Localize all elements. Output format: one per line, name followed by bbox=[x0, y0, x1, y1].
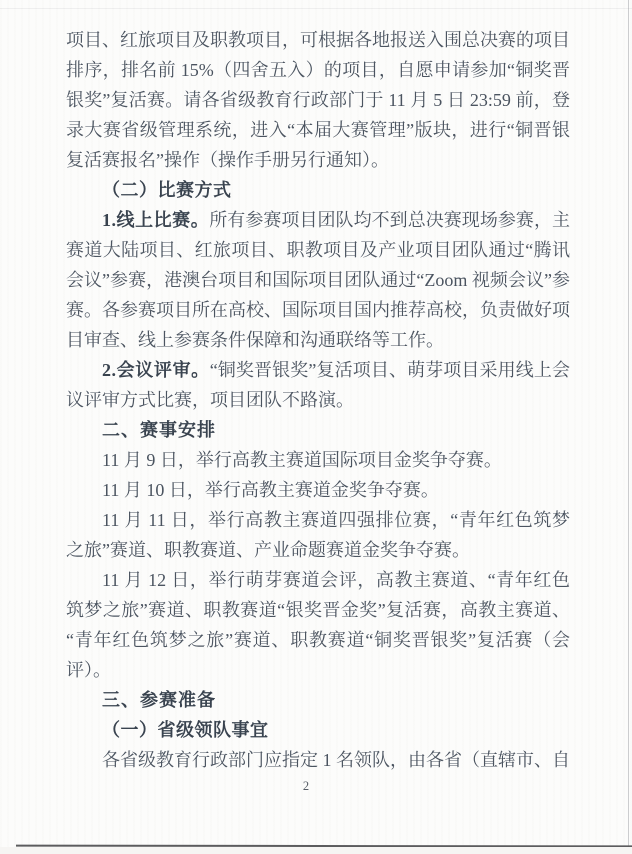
scan-below-strip bbox=[0, 847, 632, 854]
section-heading: 三、参赛准备 bbox=[66, 685, 570, 715]
document-body: 项目、红旅项目及职教项目，可根据各地报送入围总决赛的项目排序，排名前 15%（四… bbox=[66, 25, 570, 775]
page-number: 2 bbox=[303, 779, 309, 793]
scan-edge-line-top bbox=[0, 8, 632, 9]
paragraph: 11 月 9 日，举行高教主赛道国际项目金奖争夺赛。 bbox=[66, 445, 570, 475]
page-footer: 2 bbox=[0, 777, 612, 795]
paragraph: 2.会议评审。“铜奖晋银奖”复活项目、萌芽项目采用线上会议评审方式比赛，项目团队… bbox=[66, 355, 570, 415]
paragraph-lead: 1.线上比赛。 bbox=[102, 210, 209, 230]
paragraph: 11 月 10 日，举行高教主赛道金奖争夺赛。 bbox=[66, 475, 570, 505]
scanned-page: 项目、红旅项目及职教项目，可根据各地报送入围总决赛的项目排序，排名前 15%（四… bbox=[0, 0, 632, 854]
scan-edge-line-right bbox=[628, 0, 629, 847]
paragraph: 11 月 12 日，举行萌芽赛道会评，高教主赛道、“青年红色筑梦之旅”赛道、职教… bbox=[66, 565, 570, 685]
paragraph: 11 月 11 日，举行高教主赛道四强排位赛，“青年红色筑梦之旅”赛道、职教赛道… bbox=[66, 505, 570, 565]
paragraph-lead: 2.会议评审。 bbox=[102, 360, 210, 380]
section-heading: 二、赛事安排 bbox=[66, 415, 570, 445]
section-heading: （二）比赛方式 bbox=[66, 175, 570, 205]
paragraph: 各省级教育行政部门应指定 1 名领队，由各省（直辖市、自 bbox=[66, 745, 570, 775]
paragraph: 项目、红旅项目及职教项目，可根据各地报送入围总决赛的项目排序，排名前 15%（四… bbox=[66, 25, 570, 175]
paragraph: 1.线上比赛。所有参赛项目团队均不到总决赛现场参赛，主赛道大陆项目、红旅项目、职… bbox=[66, 205, 570, 355]
section-heading: （一）省级领队事宜 bbox=[66, 715, 570, 745]
